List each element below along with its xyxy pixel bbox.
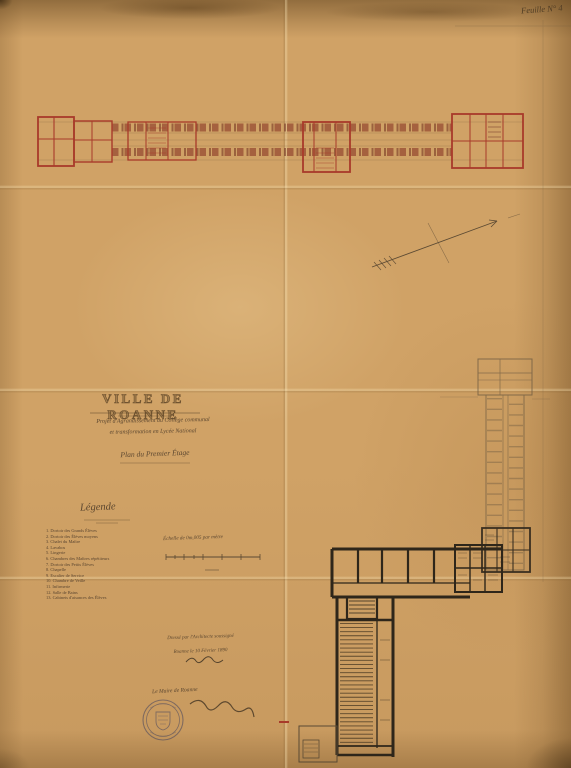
arrow-fletching — [374, 256, 396, 270]
legend-item: 13. Cabinets d'aisances des Élèves — [46, 595, 186, 601]
architect-signature — [186, 657, 223, 663]
city-stamp — [143, 700, 183, 740]
small-rooms-block — [455, 545, 502, 592]
plan-long-wing — [38, 114, 523, 172]
mayor-signature — [190, 700, 254, 717]
plan-bottom-l-wing — [299, 545, 502, 762]
drawing-layer — [0, 0, 571, 768]
stair-block-bottom — [347, 597, 377, 619]
annex-block — [299, 726, 337, 762]
left-pavilion — [38, 117, 112, 166]
legend-header: Légende — [80, 501, 116, 513]
north-arrow — [372, 214, 520, 270]
margin-rules — [455, 20, 571, 582]
plan-right-wing — [440, 359, 550, 570]
plan-sheet: Feuille N° 4 VILLE DE ROANNE Projet d'Ag… — [0, 0, 571, 768]
